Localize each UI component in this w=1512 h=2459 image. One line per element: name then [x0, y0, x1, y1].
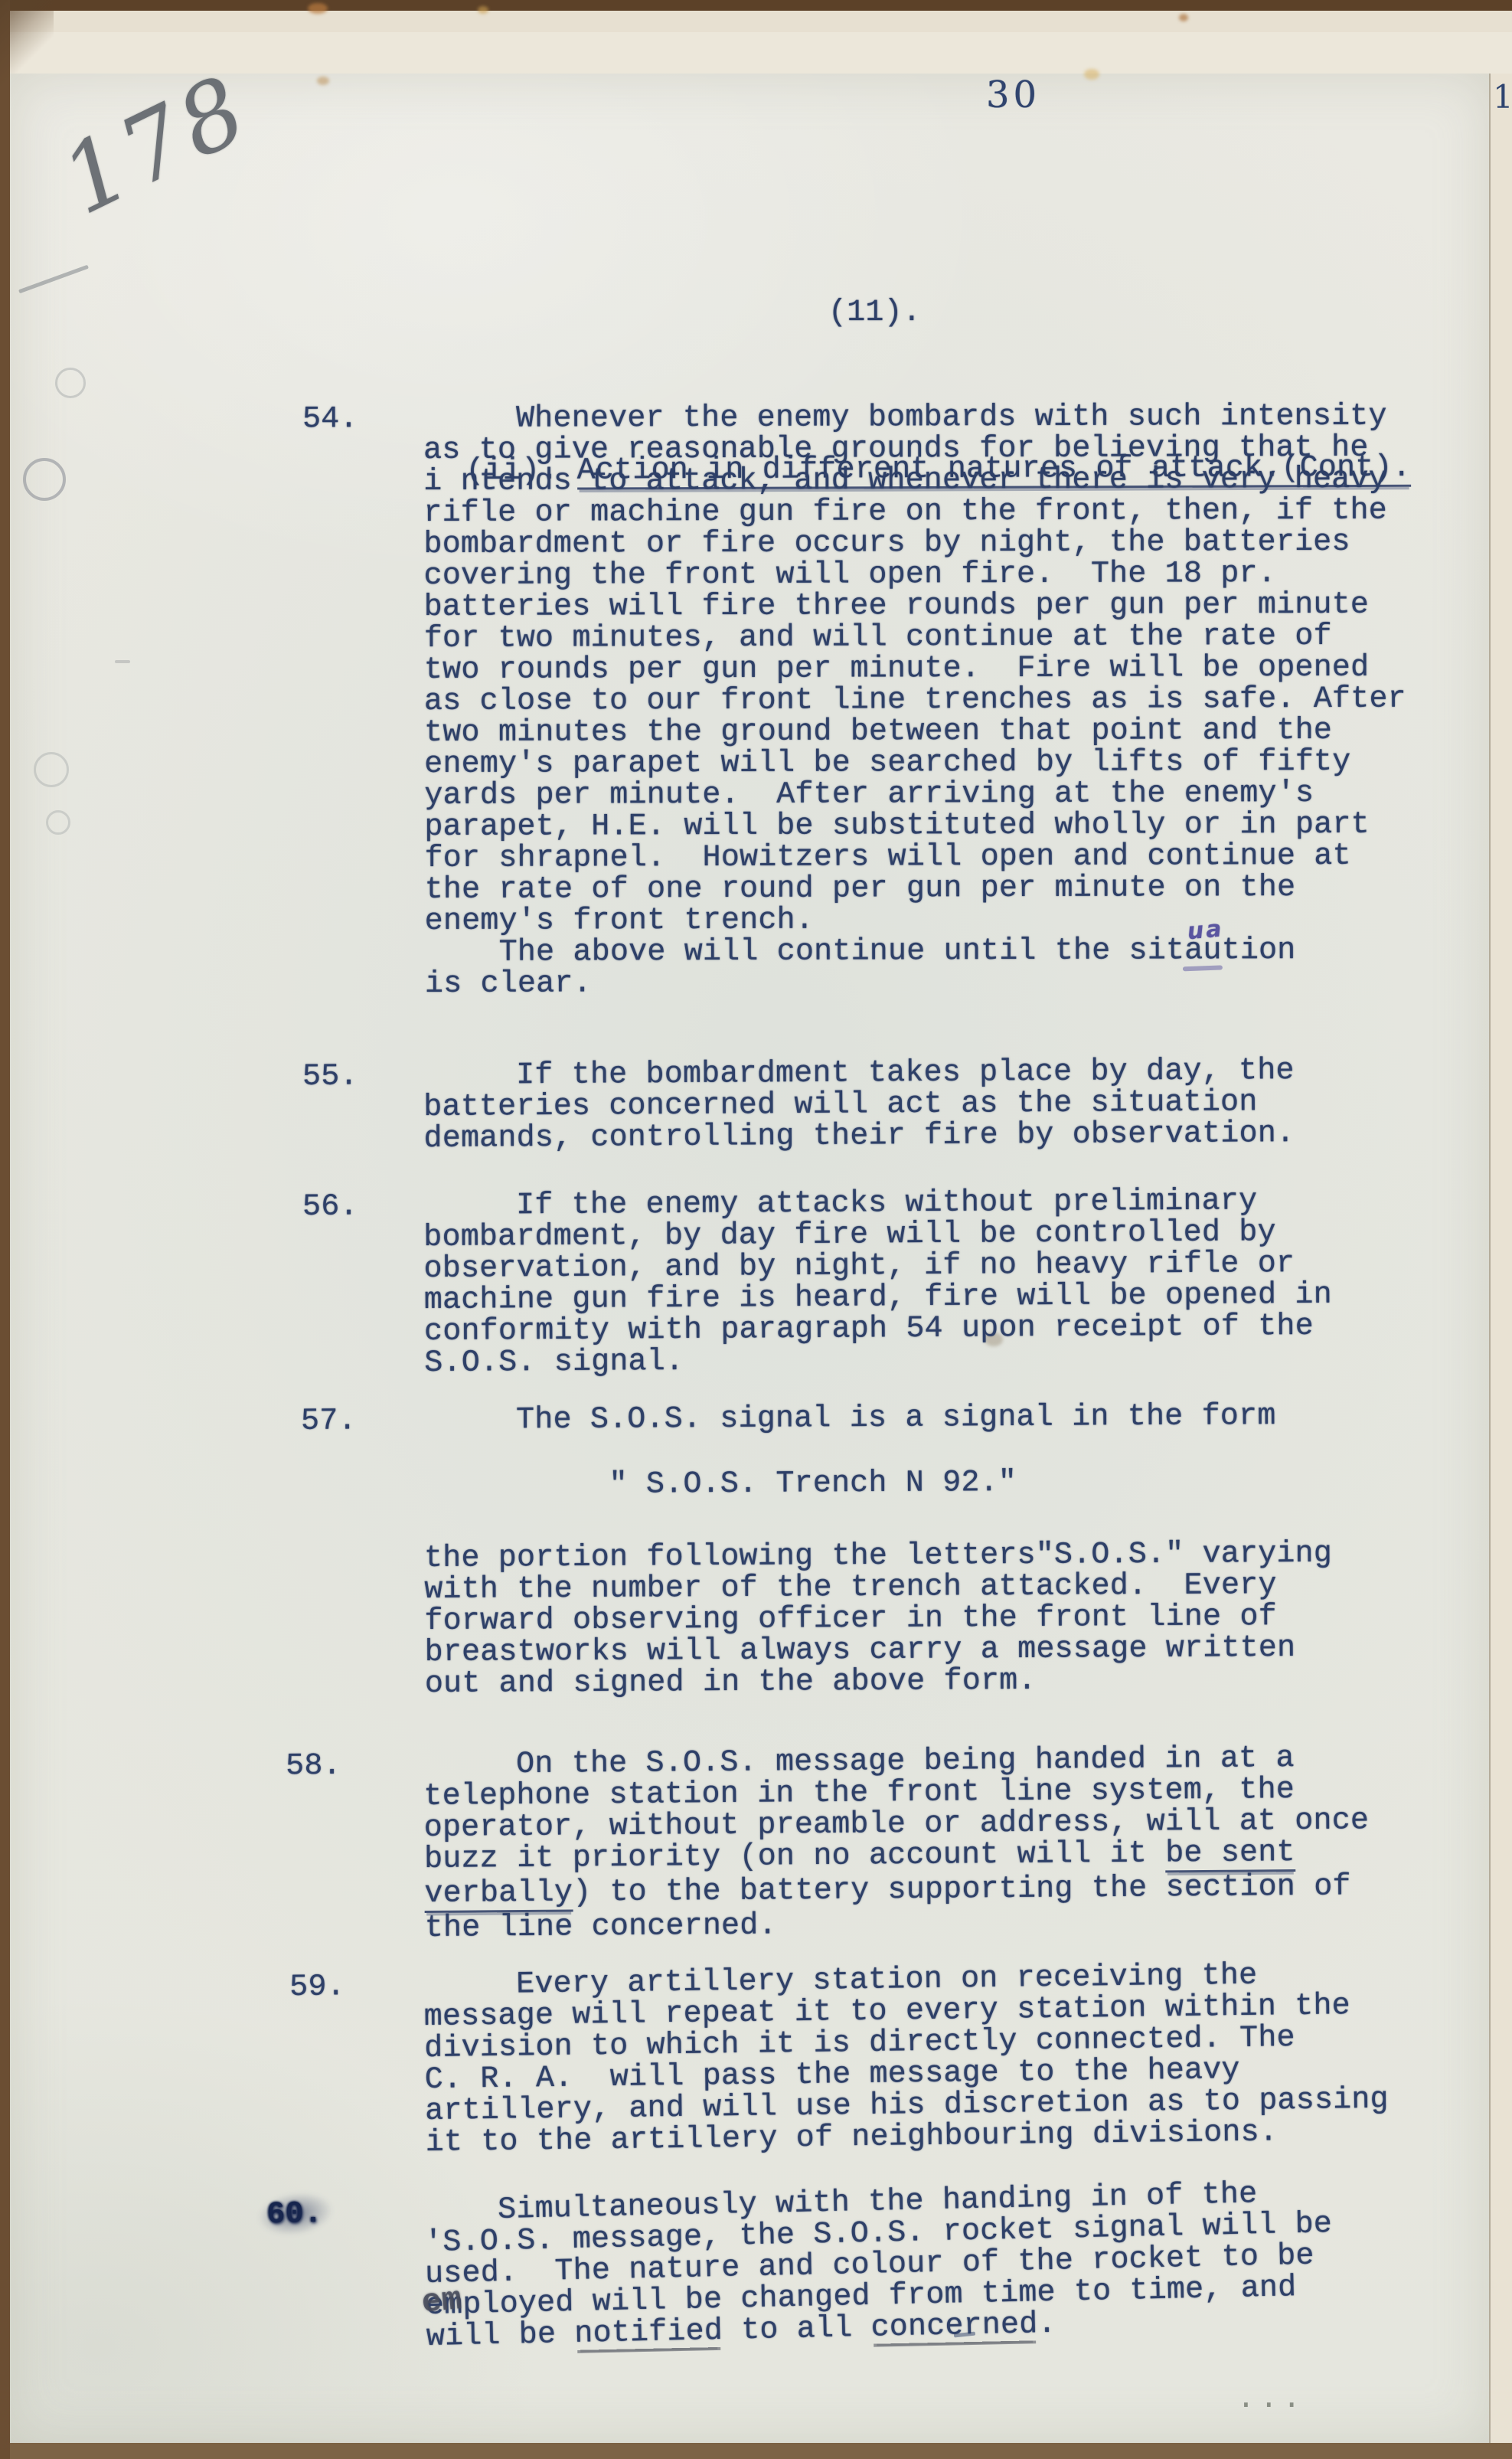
binding-edge-left [0, 0, 10, 2459]
typed-text: covering the front will open fire. The 1… [424, 558, 1276, 592]
typed-text: i ntends to attack, and whenever there i… [423, 464, 1387, 498]
typed-line: with the number of the trench attacked. … [424, 1569, 1442, 1606]
paragraph-number: 58. [286, 1751, 341, 1783]
punch-hole [55, 368, 86, 398]
typed-text: is clear. [425, 968, 592, 1000]
typed-line: S.O.S. signal. [424, 1342, 1442, 1379]
scanned-document-page: { "document": { "handwritten_page_ref": … [0, 0, 1512, 2459]
typed-text: will be [426, 2319, 574, 2353]
paragraph-number: 57. [301, 1405, 357, 1437]
typed-line: out and signed in the above form. [425, 1663, 1443, 1700]
typed-line: as close to our front line trenches as i… [424, 684, 1442, 718]
sos-signal-example: " S.O.S. Trench N 92." [423, 1465, 1442, 1502]
punch-hole [46, 810, 70, 835]
paragraph-60: 60. Simultaneously with the handing in o… [423, 2175, 1445, 2353]
paragraph-56: 56. If the enemy attacks without prelimi… [423, 1185, 1442, 1379]
punch-hole [23, 458, 66, 501]
typed-text: buzz it priority (on no account will it [424, 1838, 1165, 1875]
typed-line: for shrapnel. Howitzers will open and co… [425, 841, 1443, 875]
typed-text: The above will continue until the sit [425, 935, 1184, 969]
underlying-sheet [0, 32, 1512, 77]
typed-line: demands, controlling their fire by obser… [424, 1117, 1442, 1155]
typed-text: be sent [1165, 1837, 1295, 1872]
paragraph-58: 58. On the S.O.S. message being handed i… [423, 1742, 1443, 1944]
binding-edge-top [0, 0, 1512, 11]
underlying-sheet-right [1489, 74, 1512, 2444]
typed-line: covering the front will open fire. The 1… [424, 558, 1442, 592]
typed-text: auua [1184, 935, 1222, 966]
typed-text: yards per minute. After arriving at the … [424, 778, 1314, 812]
stain [308, 3, 328, 14]
typed-line: for two minutes, and will continue at th… [424, 621, 1442, 655]
typed-text: bombardment or fire occurs by night, the… [423, 527, 1350, 561]
typed-text: for two minutes, and will continue at th… [424, 621, 1332, 655]
paragraph-57: 57. The S.O.S. signal is a signal in the… [423, 1400, 1443, 1700]
typed-text: the line concerned. [425, 1910, 777, 1944]
page-number: 30 [986, 74, 1040, 116]
typed-line: the rate of one round per gun per minute… [425, 872, 1443, 906]
typed-line: enemy's parapet will be searched by lift… [424, 747, 1442, 780]
typed-line: is clear. [425, 966, 1443, 1000]
typed-line: breastworks will always carry a message … [425, 1632, 1443, 1669]
typed-line: batteries will fire three rounds per gun… [424, 590, 1442, 623]
typed-line: rifle or machine gun fire on the front, … [423, 495, 1442, 529]
adjacent-page-digit: 1 [1493, 78, 1512, 116]
handwritten-correction: ua [1186, 913, 1225, 947]
typed-text: for shrapnel. Howitzers will open and co… [425, 841, 1351, 875]
typed-line: enemy's front trench. [425, 904, 1443, 937]
typed-line: parapet, H.E. will be substituted wholly… [424, 809, 1442, 843]
stain [478, 6, 488, 14]
typed-text: employed [426, 2287, 574, 2322]
typed-line: as to give reasonable grounds for believ… [423, 433, 1442, 466]
typed-text: batteries will fire three rounds per gun… [424, 590, 1370, 623]
typed-text: parapet, H.E. will be substituted wholly… [424, 809, 1370, 843]
paragraph-number: 54. [302, 404, 358, 435]
typed-text: as to give reasonable grounds for believ… [423, 433, 1369, 466]
text-column: 54. Whenever the enemy bombards with suc… [423, 404, 1442, 2353]
typed-text: to all [723, 2313, 871, 2347]
paragraph-59: 59. Every artillery station on receiving… [423, 1958, 1444, 2159]
typed-text: the rate of one round per gun per minute… [425, 872, 1296, 906]
punch-hole [34, 752, 69, 787]
typed-line: The S.O.S. signal is a signal in the for… [423, 1400, 1442, 1437]
typed-text: enemy's front trench. [425, 905, 814, 937]
typed-text: ) to the battery supporting the section … [573, 1871, 1351, 1908]
section-label: (11). [828, 297, 921, 329]
typed-text: tion [1222, 935, 1296, 966]
typed-text: conformity with paragraph 54 upon receip… [424, 1311, 1314, 1348]
paragraph-55: 55. If the bombardment takes place by da… [423, 1055, 1442, 1155]
typed-line: The above will continue until the sitauu… [425, 935, 1443, 969]
pencil-dash [115, 660, 130, 663]
typed-text: out and signed in the above form. [425, 1666, 1037, 1700]
stain [1084, 69, 1099, 80]
typed-line: yards per minute. After arriving at the … [424, 778, 1442, 812]
typed-text: enemy's parapet will be searched by lift… [424, 747, 1350, 780]
ellipsis-marks: ... [1237, 2380, 1306, 2414]
typed-text: two minutes the ground between that poin… [424, 715, 1332, 749]
typed-text: The S.O.S. signal is a signal in the for… [423, 1401, 1276, 1437]
typed-text: " S.O.S. Trench N 92." [423, 1467, 1017, 1502]
underlying-sheet-edge [0, 11, 1512, 33]
paragraph-54: 54. Whenever the enemy bombards with suc… [423, 401, 1443, 1000]
stain [1179, 14, 1188, 21]
typed-text: demands, controlling their fire by obser… [424, 1118, 1295, 1155]
typed-text: . [1037, 2309, 1056, 2340]
typed-text: as close to our front line trenches as i… [424, 684, 1406, 718]
stain [317, 77, 329, 85]
typed-text: breastworks will always carry a message … [425, 1633, 1296, 1669]
typed-text: notified [574, 2316, 723, 2350]
typed-line: two minutes the ground between that poin… [424, 715, 1442, 749]
typed-text: concerned [870, 2309, 1038, 2344]
typed-line: the line concerned. [425, 1905, 1443, 1944]
typed-line: two rounds per gun per minute. Fire will… [424, 652, 1442, 686]
typed-line: i ntends to attack, and whenever there i… [423, 464, 1442, 498]
paragraph-number: 59. [289, 1971, 345, 2003]
typed-line: bombardment or fire occurs by night, the… [423, 527, 1442, 561]
paragraph-number: 56. [302, 1192, 358, 1223]
typed-text: two rounds per gun per minute. Fire will… [424, 652, 1370, 686]
paragraph-number: 55. [302, 1061, 358, 1093]
typed-text: Whenever the enemy bombards with such in… [423, 401, 1387, 435]
binding-edge-bottom [0, 2443, 1512, 2459]
typed-text: verbally [424, 1877, 573, 1913]
typed-text: rifle or machine gun fire on the front, … [423, 495, 1387, 529]
typed-line: the portion following the letters"S.O.S.… [424, 1538, 1442, 1574]
paragraph-number: 60. [266, 2199, 322, 2232]
typed-text: S.O.S. signal. [424, 1346, 684, 1379]
typed-line: Whenever the enemy bombards with such in… [423, 401, 1442, 435]
